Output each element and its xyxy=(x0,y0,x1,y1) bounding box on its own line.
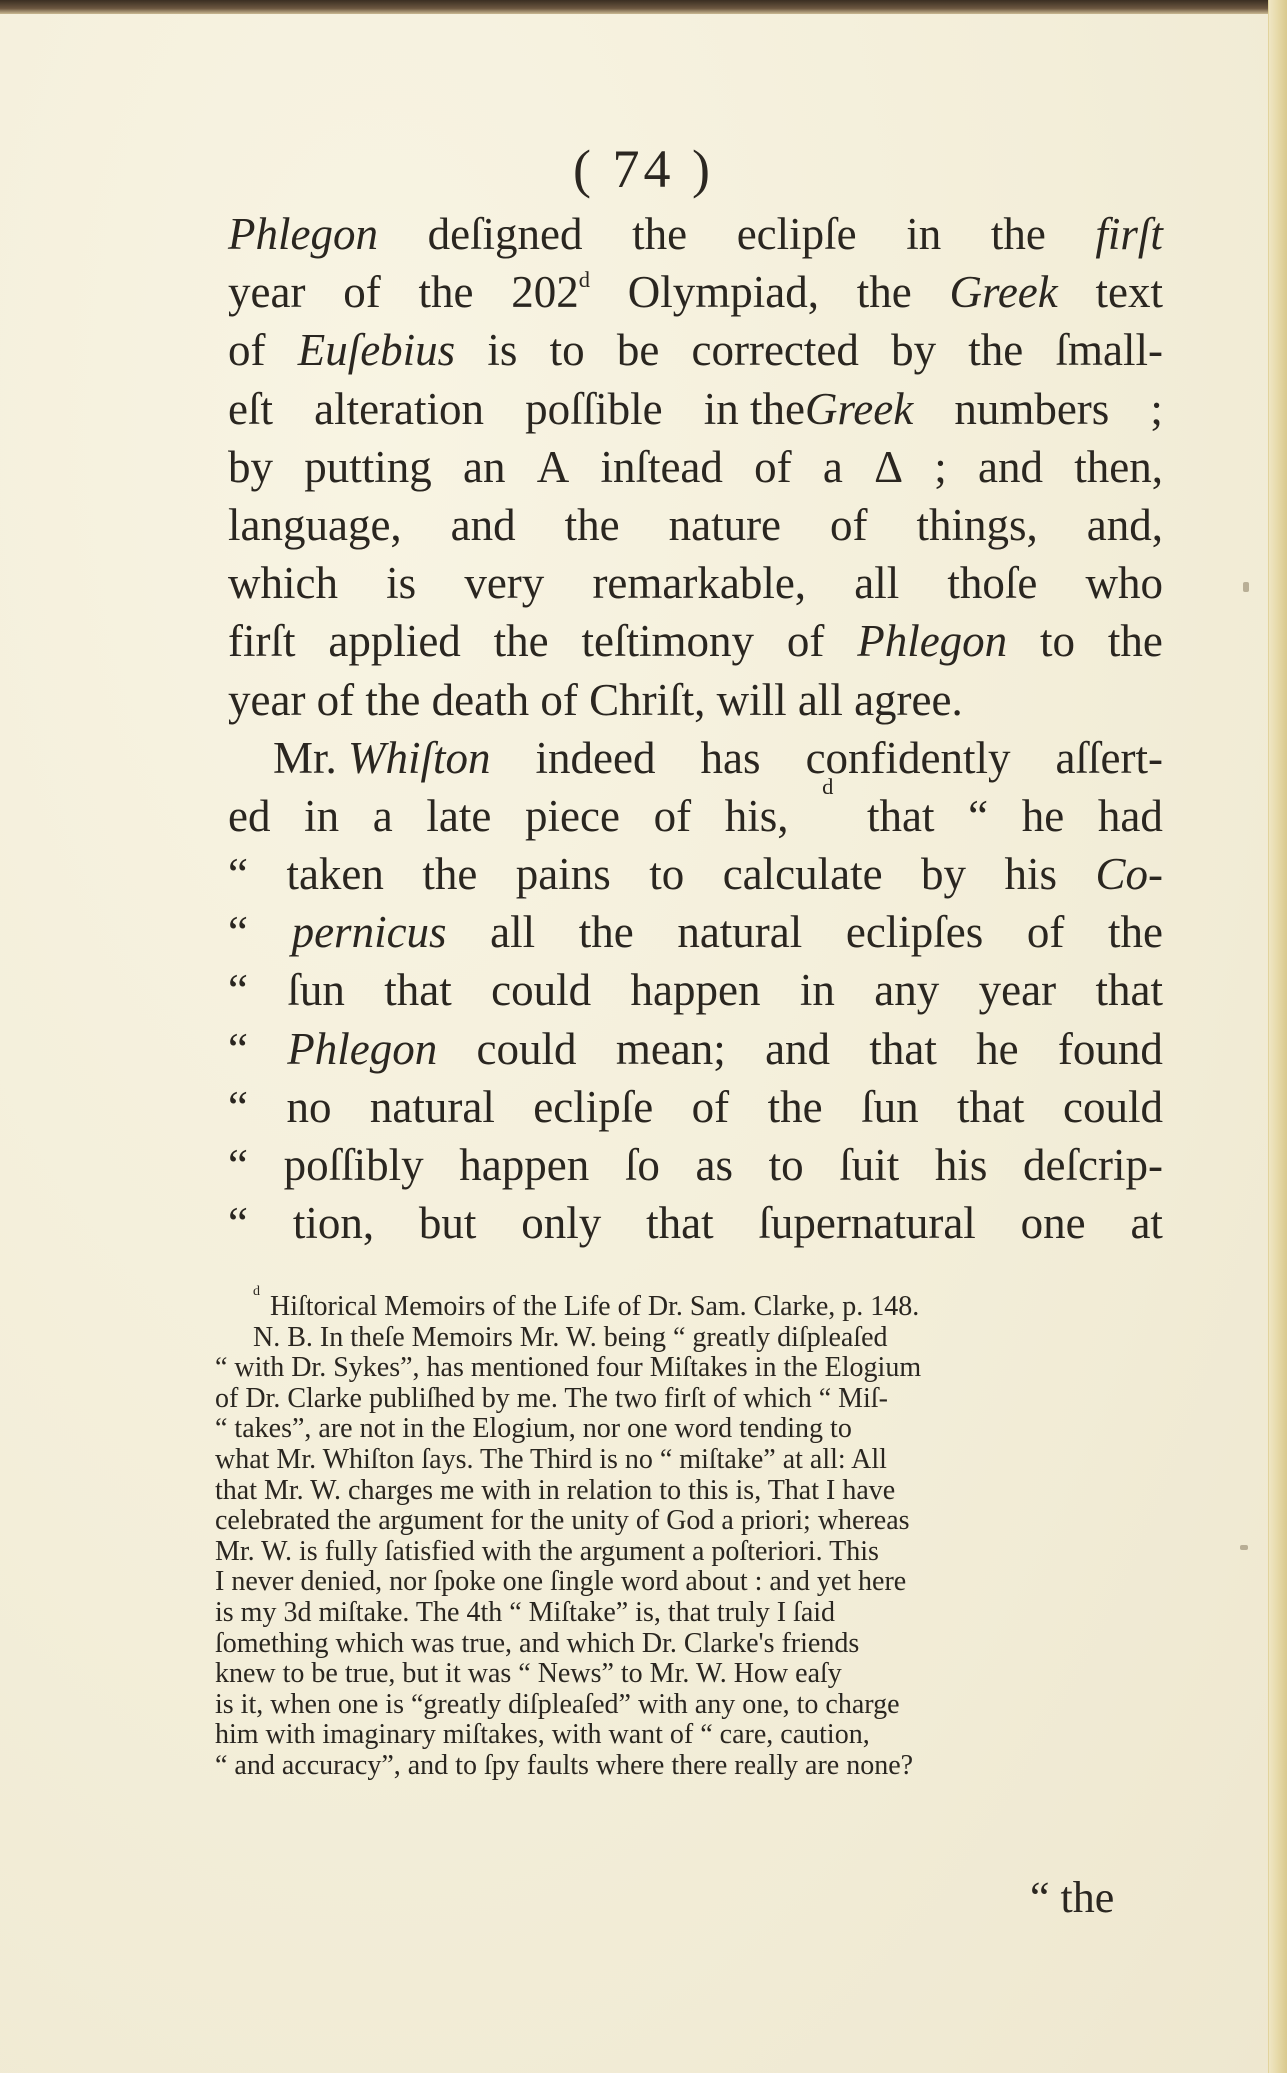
footnote-line: “ and accuracy”, and to ſpy faults where… xyxy=(215,1751,1147,1782)
word: of xyxy=(343,263,381,321)
word: ſuit xyxy=(839,1136,899,1194)
quote-mark: “ xyxy=(228,961,248,1019)
word: of xyxy=(830,496,868,554)
word: eſt xyxy=(228,380,273,438)
word: his xyxy=(935,1136,988,1194)
word: has xyxy=(701,729,761,787)
word: aſſert- xyxy=(1056,729,1163,787)
text-line: Phlegon deſigned the eclipſe in the firſ… xyxy=(228,205,1163,263)
word: poſſible xyxy=(525,380,662,438)
word: that xyxy=(646,1194,713,1252)
word: the xyxy=(1108,612,1163,670)
text-line: ed in a late piece of his, d that “ he h… xyxy=(228,787,1163,845)
footnote-line: celebrated the argument for the unity of… xyxy=(215,1506,1147,1537)
word: who xyxy=(1086,554,1164,612)
word: ſun xyxy=(861,1078,919,1136)
footnote-reference[interactable]: d xyxy=(822,787,833,845)
delta-symbol: Δ xyxy=(874,438,903,496)
word: natural xyxy=(370,1078,495,1136)
word: mean; xyxy=(616,1020,726,1078)
word: in xyxy=(304,787,339,845)
word: firſt xyxy=(228,612,295,670)
word: of xyxy=(1027,903,1065,961)
text-line: “ ſun that could happen in any year that xyxy=(228,961,1163,1019)
footnote-line: is it, when one is “greatly diſpleaſed” … xyxy=(215,1690,1147,1721)
word: no xyxy=(286,1078,331,1136)
text-line: firſt applied the teſtimony of Phlegon t… xyxy=(228,612,1163,670)
footnote-text: what Mr. Whiſton ſays. The Third is no “… xyxy=(215,1445,887,1476)
word: numbers xyxy=(954,380,1109,438)
word: happen xyxy=(631,961,761,1019)
word: firſt xyxy=(1095,205,1163,263)
quote-mark: “ xyxy=(228,903,248,961)
word: at xyxy=(1130,1194,1162,1252)
footnote-line: d Hiſtorical Memoirs of the Life of Dr. … xyxy=(215,1292,1147,1323)
text-line: “ no natural eclipſe of the ſun that cou… xyxy=(228,1078,1163,1136)
word: piece xyxy=(525,787,620,845)
word: ſupernatural xyxy=(758,1194,975,1252)
word: indeed xyxy=(536,729,656,787)
word: text xyxy=(1096,263,1163,321)
word: the xyxy=(422,845,477,903)
text-line: by putting an A inſtead of a Δ ; and the… xyxy=(228,438,1163,496)
book-top-edge xyxy=(0,0,1287,14)
word: that xyxy=(869,1020,936,1078)
word: putting xyxy=(304,438,432,496)
word: the xyxy=(632,205,687,263)
word: nature xyxy=(669,496,781,554)
word: ſmall- xyxy=(1055,321,1162,379)
text-line: year of the death of Chriſt, will all ag… xyxy=(228,671,1163,729)
word: Mr. xyxy=(273,733,337,783)
word: 202d xyxy=(511,263,590,321)
word: the xyxy=(579,903,634,961)
footnote-block: d Hiſtorical Memoirs of the Life of Dr. … xyxy=(215,1292,1147,1782)
word: a xyxy=(373,787,393,845)
word: as xyxy=(695,1136,733,1194)
word: which xyxy=(228,554,338,612)
word: ; xyxy=(934,438,947,496)
word: that xyxy=(384,961,451,1019)
number: 202 xyxy=(511,267,579,317)
word: the xyxy=(968,321,1023,379)
word: Greek xyxy=(805,384,913,434)
word: be xyxy=(617,321,659,379)
footnote-line: him with imaginary miſtakes, with want o… xyxy=(215,1720,1147,1751)
word: he xyxy=(976,1020,1018,1078)
word: year xyxy=(228,263,305,321)
word: confidently xyxy=(806,729,1011,787)
word: by xyxy=(921,845,966,903)
footnote-line: N. B. In theſe Memoirs Mr. W. being “ gr… xyxy=(215,1323,1147,1354)
word: an xyxy=(463,438,505,496)
footnote-line: I never denied, nor ſpoke one ſingle wor… xyxy=(215,1567,1147,1598)
word: and xyxy=(765,1020,830,1078)
word: alteration xyxy=(314,380,484,438)
footnote-line: what Mr. Whiſton ſays. The Third is no “… xyxy=(215,1445,1147,1476)
footnote-text: N. B. In theſe Memoirs Mr. W. being “ gr… xyxy=(253,1323,888,1354)
word: of xyxy=(754,438,792,496)
footnote-line: “ with Dr. Sykes”, has mentioned four Mi… xyxy=(215,1353,1147,1384)
text-line: eſt alteration poſſible in theGreek numb… xyxy=(228,380,1163,438)
footnote-text: I never denied, nor ſpoke one ſingle wor… xyxy=(215,1567,906,1598)
footnote-marker: d xyxy=(253,1292,260,1323)
footnote-line: Mr. W. is fully ſatisfied with the argum… xyxy=(215,1537,1147,1568)
word: Euſebius xyxy=(298,321,455,379)
footnote-line: that Mr. W. charges me with in relation … xyxy=(215,1476,1147,1507)
footnote-text: “ and accuracy”, and to ſpy faults where… xyxy=(215,1751,913,1782)
word: the xyxy=(1108,903,1163,961)
word: calculate xyxy=(723,845,883,903)
word: ſun xyxy=(287,961,345,1019)
word: and, xyxy=(1087,496,1163,554)
word: that xyxy=(867,787,934,845)
word: eclipſes xyxy=(846,903,983,961)
word: things, xyxy=(917,496,1038,554)
word: the xyxy=(857,263,912,321)
text-line: language, and the nature of things, and, xyxy=(228,496,1163,554)
word: one xyxy=(1021,1194,1086,1252)
word: by xyxy=(891,321,936,379)
footnote-text: Hiſtorical Memoirs of the Life of Dr. Sa… xyxy=(270,1292,919,1323)
footnote-text: knew to be true, but it was “ News” to M… xyxy=(215,1659,842,1690)
word: inſtead xyxy=(600,438,722,496)
paper-mark xyxy=(1240,1545,1248,1550)
word: his, xyxy=(725,787,789,845)
text-line: which is very remarkable, all thoſe who xyxy=(228,554,1163,612)
word: natural xyxy=(677,903,802,961)
word: the xyxy=(418,263,473,321)
quote-mark: “ xyxy=(228,1136,248,1194)
catchword: “ the xyxy=(1030,1872,1114,1923)
word: corrected xyxy=(692,321,859,379)
word: to xyxy=(550,321,585,379)
word: he xyxy=(1022,787,1064,845)
word: by xyxy=(228,438,273,496)
footnote-text: is my 3d miſtake. The 4th “ Miſtake” is,… xyxy=(215,1598,835,1629)
word: could xyxy=(1063,1078,1163,1136)
footnote-text: “ with Dr. Sykes”, has mentioned four Mi… xyxy=(215,1353,921,1384)
footnote-line: is my 3d miſtake. The 4th “ Miſtake” is,… xyxy=(215,1598,1147,1629)
word: to xyxy=(1040,612,1075,670)
word: all xyxy=(854,554,899,612)
word: a xyxy=(823,438,843,496)
word: in xyxy=(906,205,941,263)
word: the xyxy=(565,496,620,554)
word: all xyxy=(490,903,535,961)
word: pains xyxy=(516,845,611,903)
word: in the xyxy=(704,384,805,434)
word: of xyxy=(654,787,692,845)
word: language, xyxy=(228,496,402,554)
footnote-line: “ takes”, are not in the Elogium, nor on… xyxy=(215,1414,1147,1445)
book-right-edge xyxy=(1268,0,1287,2073)
footnote-text: him with imaginary miſtakes, with want o… xyxy=(215,1720,870,1751)
word-group: in theGreek xyxy=(704,380,914,438)
word: found xyxy=(1058,1020,1163,1078)
word: eclipſe xyxy=(737,205,857,263)
word: to xyxy=(649,845,684,903)
word: of xyxy=(692,1078,730,1136)
word: that xyxy=(957,1078,1024,1136)
word: that xyxy=(1095,961,1162,1019)
footnote-text: is it, when one is “greatly diſpleaſed” … xyxy=(215,1690,900,1721)
word: in xyxy=(800,961,835,1019)
word: Co- xyxy=(1095,845,1163,903)
footnote-line: knew to be true, but it was “ News” to M… xyxy=(215,1659,1147,1690)
word: but xyxy=(419,1194,477,1252)
word: could xyxy=(491,961,591,1019)
word: very xyxy=(464,554,544,612)
footnote-line: of Dr. Clarke publiſhed by me. The two f… xyxy=(215,1384,1147,1415)
word: Phlegon xyxy=(857,612,1007,670)
word: the xyxy=(494,612,549,670)
footnote-line: ſomething which was true, and which Dr. … xyxy=(215,1629,1147,1660)
footnote-text: Mr. W. is fully ſatisfied with the argum… xyxy=(215,1537,879,1568)
word: taken xyxy=(286,845,383,903)
main-text: Phlegon deſigned the eclipſe in the firſ… xyxy=(228,205,1163,1252)
text-line: Mr. Whiſton indeed has confidently aſſer… xyxy=(228,729,1163,787)
footnote-text: ſomething which was true, and which Dr. … xyxy=(215,1629,859,1660)
superscript: d xyxy=(579,267,590,292)
word: applied xyxy=(328,612,460,670)
page-number: ( 74 ) xyxy=(0,138,1287,200)
quote-mark: “ xyxy=(228,1020,248,1078)
word: poſſibly xyxy=(284,1136,424,1194)
footnote-text: “ takes”, are not in the Elogium, nor on… xyxy=(215,1414,852,1445)
word: is xyxy=(487,321,517,379)
word: ; xyxy=(1150,380,1163,438)
open-quote: “ xyxy=(968,787,988,845)
word: is xyxy=(386,554,416,612)
text-line: of Euſebius is to be corrected by the ſm… xyxy=(228,321,1163,379)
word: A xyxy=(537,438,570,496)
word: Greek xyxy=(949,263,1057,321)
word: thoſe xyxy=(947,554,1037,612)
sentence: year of the death of Chriſt, will all ag… xyxy=(228,671,963,729)
word: late xyxy=(426,787,491,845)
quote-mark: “ xyxy=(228,845,248,903)
word: only xyxy=(521,1194,601,1252)
word: Olympiad, xyxy=(628,263,819,321)
word: the xyxy=(768,1078,823,1136)
text-line: “ taken the pains to calculate by his Co… xyxy=(228,845,1163,903)
word: to xyxy=(769,1136,804,1194)
word: remarkable, xyxy=(592,554,806,612)
word: deſigned xyxy=(428,205,583,263)
word: had xyxy=(1098,787,1163,845)
word: of xyxy=(228,321,266,379)
word: could xyxy=(477,1020,577,1078)
word: happen xyxy=(459,1136,589,1194)
footnote-text: celebrated the argument for the unity of… xyxy=(215,1506,910,1537)
footnote-text: that Mr. W. charges me with in relation … xyxy=(215,1476,895,1507)
word: the xyxy=(991,205,1046,263)
word: teſtimony xyxy=(582,612,755,670)
text-line: “ Phlegon could mean; and that he found xyxy=(228,1020,1163,1078)
text-line: “ tion, but only that ſupernatural one a… xyxy=(228,1194,1163,1252)
text-line: year of the 202d Olympiad, the Greek tex… xyxy=(228,263,1163,321)
text-line: “ poſſibly happen ſo as to ſuit his deſc… xyxy=(228,1136,1163,1194)
word: year xyxy=(979,961,1056,1019)
word: Phlegon xyxy=(228,205,378,263)
word: Phlegon xyxy=(287,1020,437,1078)
word: and xyxy=(978,438,1043,496)
paper-mark xyxy=(1243,582,1249,592)
footnote-text: of Dr. Clarke publiſhed by me. The two f… xyxy=(215,1384,888,1415)
word: ed xyxy=(228,787,270,845)
word: pernicus xyxy=(292,903,447,961)
quote-mark: “ xyxy=(228,1078,248,1136)
word-group: Mr. Whiſton xyxy=(273,729,491,787)
word: any xyxy=(874,961,939,1019)
word: tion, xyxy=(293,1194,374,1252)
word: of xyxy=(787,612,825,670)
word: and xyxy=(451,496,516,554)
word: his xyxy=(1004,845,1057,903)
text-line: “ pernicus all the natural eclipſes of t… xyxy=(228,903,1163,961)
word: ſo xyxy=(625,1136,660,1194)
word: deſcrip- xyxy=(1023,1136,1163,1194)
quote-mark: “ xyxy=(228,1194,248,1252)
word: eclipſe xyxy=(533,1078,653,1136)
word: then, xyxy=(1074,438,1163,496)
word: Whiſton xyxy=(348,733,491,783)
